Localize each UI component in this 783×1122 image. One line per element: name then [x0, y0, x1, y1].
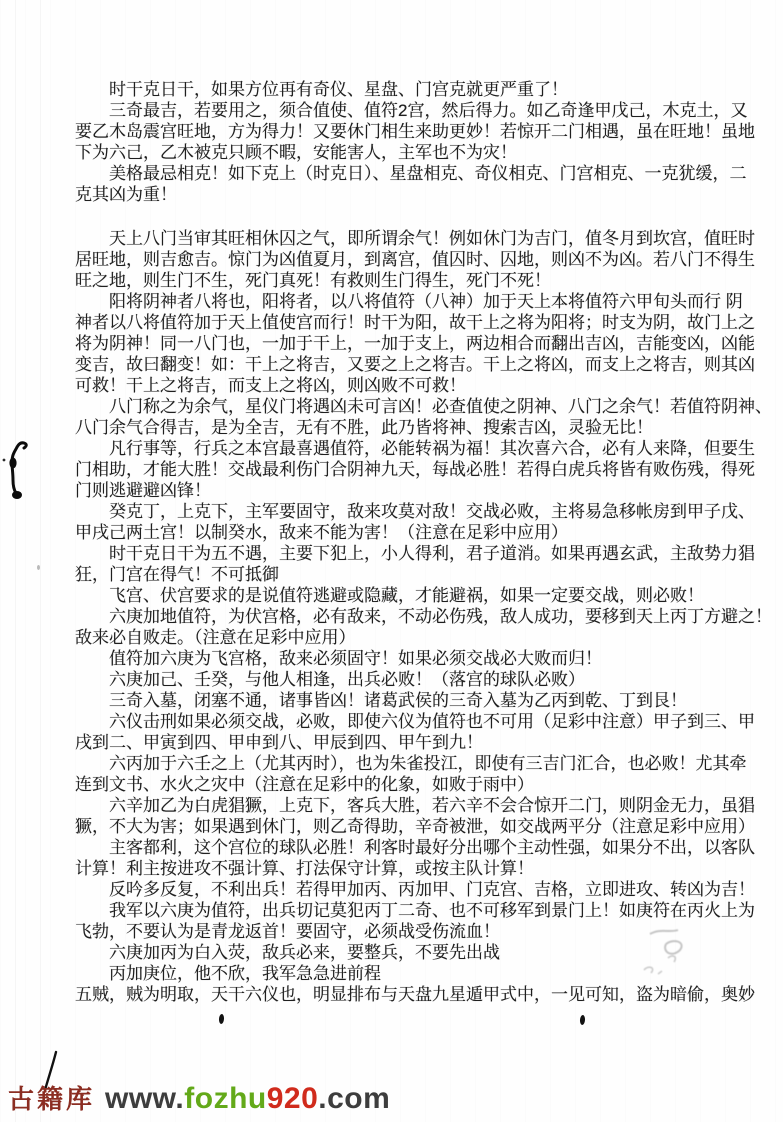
text-line: 六庚加己、壬癸，与他人相逢，出兵必败！（落宫的球队必败） [75, 669, 743, 690]
text-line: 甲戌己两土宫！以制癸水，敌来不能为害！（注意在足彩中应用） [75, 522, 743, 543]
pencil-smudge-mark [638, 918, 708, 988]
watermark-site-name: 古籍库 [8, 1079, 95, 1116]
ink-dot [580, 1015, 586, 1025]
text-line: 时干克日干为五不遇，主要下犯上，小人得利，君子道消。如果再遇玄武，主敌势力猖 [75, 543, 743, 564]
text-line: 值符加六庚为飞宫格，敌来必须固守！如果必须交战必大败而归！ [75, 648, 743, 669]
text-line: 可救！干上之将吉，而支上之将凶，则凶败不可救！ [75, 375, 743, 396]
text-line: 八门余气合得吉，是为全吉，无有不胜，此乃皆将神、搜索吉凶，灵验无比！ [75, 417, 743, 438]
text-line: 戌到二、甲寅到四、甲申到八、甲辰到四、甲午到九！ [75, 732, 743, 753]
text-line: 主客都利，这个宫位的球队必胜！利客时最好分出哪个主动性强，如果分不出，以客队 [75, 837, 743, 858]
watermark-url-www: www. [105, 1082, 184, 1115]
text-line: 美格最忌相克！如下克上（时克日）、星盘相克、奇仪相克、门宫相克、一克犹缓，二 [75, 163, 743, 184]
text-line: 凡行事等，行兵之本宫最喜遇值符，必能转祸为福！其次喜六合，必有人来降，但要生 [75, 438, 743, 459]
scan-edge-line [15, 0, 16, 1122]
ink-blot-mark [0, 440, 32, 506]
text-line: 居旺地，则吉愈吉。惊门为凶值夏月，到离宫，值囚时、囚地，则凶不为凶。若八门不得生 [75, 249, 743, 270]
text-line: 变吉，故曰翻变！如：干上之将吉，又要之上之将吉。干上之将凶，而支上之将吉，则其凶 [75, 354, 743, 375]
text-line: 六庚加地值符，为伏宫格，必有敌来，不动必伤残，敌人成功，要移到天上丙丁方避之！ [75, 606, 743, 627]
text-line: 敌来必自败走。（注意在足彩中应用） [75, 627, 743, 648]
text-line: 六丙加于六壬之上（尤其丙时），也为朱雀投江，即使有三吉门汇合，也必败！尤其牵 [75, 753, 743, 774]
watermark-url: www.fozhu920.com [105, 1082, 390, 1116]
text-line: 计算！利主按进攻不强计算、打法保守计算，或按主队计算！ [75, 858, 743, 879]
text-line: 旺之地，则生门不生，死门真死！有救则生门得生，死门不死！ [75, 270, 743, 291]
text-line: 癸克丁，上克下，主军要固守，敌来攻莫对敌！交战必败，主将易急移帐房到甲子戊、 [75, 501, 743, 522]
text-line: 六辛加乙为白虎猖獗，上克下，客兵大胜，若六辛不会合惊开二门，则阴金无力，虽猖 [75, 795, 743, 816]
ink-dot [219, 1014, 225, 1024]
text-line: 克其凶为重！ [75, 184, 743, 205]
text-line: 神者以八将值符加于天上值使宫而行！时干为阳，故干上之将为阳将；时支为阴，故门上之 [75, 312, 743, 333]
text-line: 要乙木岛震宫旺地，方为得力！又要休门相生来助更妙！若惊开二门相遇，虽在旺地！虽地 [75, 121, 743, 142]
text-line: 狂，门宫在得气！不可抵御 [75, 564, 743, 585]
text-line: 下为六己，乙木被克只顾不暇，安能害人，主军也不为灾！ [75, 142, 743, 163]
body-text-block: 时干克日干，如果方位再有奇仪、星盘、门宫克就更严重了！三奇最吉，若要用之，须合值… [75, 79, 743, 1005]
text-line: 六仪击刑如果必须交战，必败，即使六仪为值符也不可用（足彩中注意）甲子到三、甲 [75, 711, 743, 732]
text-line: 时干克日干，如果方位再有奇仪、星盘、门宫克就更严重了！ [75, 79, 743, 100]
text-line: 三奇入墓，闭塞不通，诸事皆凶！诸葛武侯的三奇入墓为乙丙到乾、丁到艮！ [75, 690, 743, 711]
text-line: 八门称之为余气，星仪门将遇凶未可言凶！必查值使之阴神、八门之余气！若值符阴神、 [75, 396, 743, 417]
text-line: 飞宫、伏宫要求的是说值符逃避或隐藏，才能避祸，如果一定要交战，则必败！ [75, 585, 743, 606]
text-line: 阳将阴神者八将也，阳将者，以八将值符（八神）加于天上本将值符六甲旬头而行 阴 [75, 291, 743, 312]
watermark-url-number: 920 [267, 1082, 319, 1115]
gray-speck [37, 565, 40, 570]
watermark-url-tld: .com [318, 1082, 390, 1115]
text-line: 天上八门当审其旺相休囚之气，即所谓余气！例如休门为吉门，值冬月到坎宫，值旺时 [75, 228, 743, 249]
text-line: 连到文书、水火之灾中（注意在足彩中的化象，如败于雨中） [75, 774, 743, 795]
text-line: 门相助，才能大胜！交战最利伤门合阴神九天，每战必胜！若得白虎兵将皆有败伤残，得死 [75, 459, 743, 480]
watermark: 古籍库 www.fozhu920.com [8, 1079, 390, 1116]
text-line: 门则逃避避凶锋！ [75, 480, 743, 501]
text-line: 三奇最吉，若要用之，须合值使、值符2宫，然后得力。如乙奇逢甲戊己，木克土，又 [75, 100, 743, 121]
text-line: 獗，不大为害；如果遇到休门，则乙奇得助，辛奇被泄，如交战两平分（注意足彩中应用） [75, 816, 743, 837]
scan-edge-line [40, 0, 41, 1122]
scanned-document-page: 时干克日干，如果方位再有奇仪、星盘、门宫克就更严重了！三奇最吉，若要用之，须合值… [0, 0, 783, 1122]
watermark-url-domain: fozhu [184, 1082, 266, 1115]
text-line: 将为阴神！同一八门也，一加于干上，一加于支上，两边相合而翻出吉凶，吉能变凶，凶能 [75, 333, 743, 354]
text-line: 反吟多反复，不利出兵！若得甲加丙、丙加甲、门克宫、吉格，立即进攻、转凶为吉！ [75, 879, 743, 900]
